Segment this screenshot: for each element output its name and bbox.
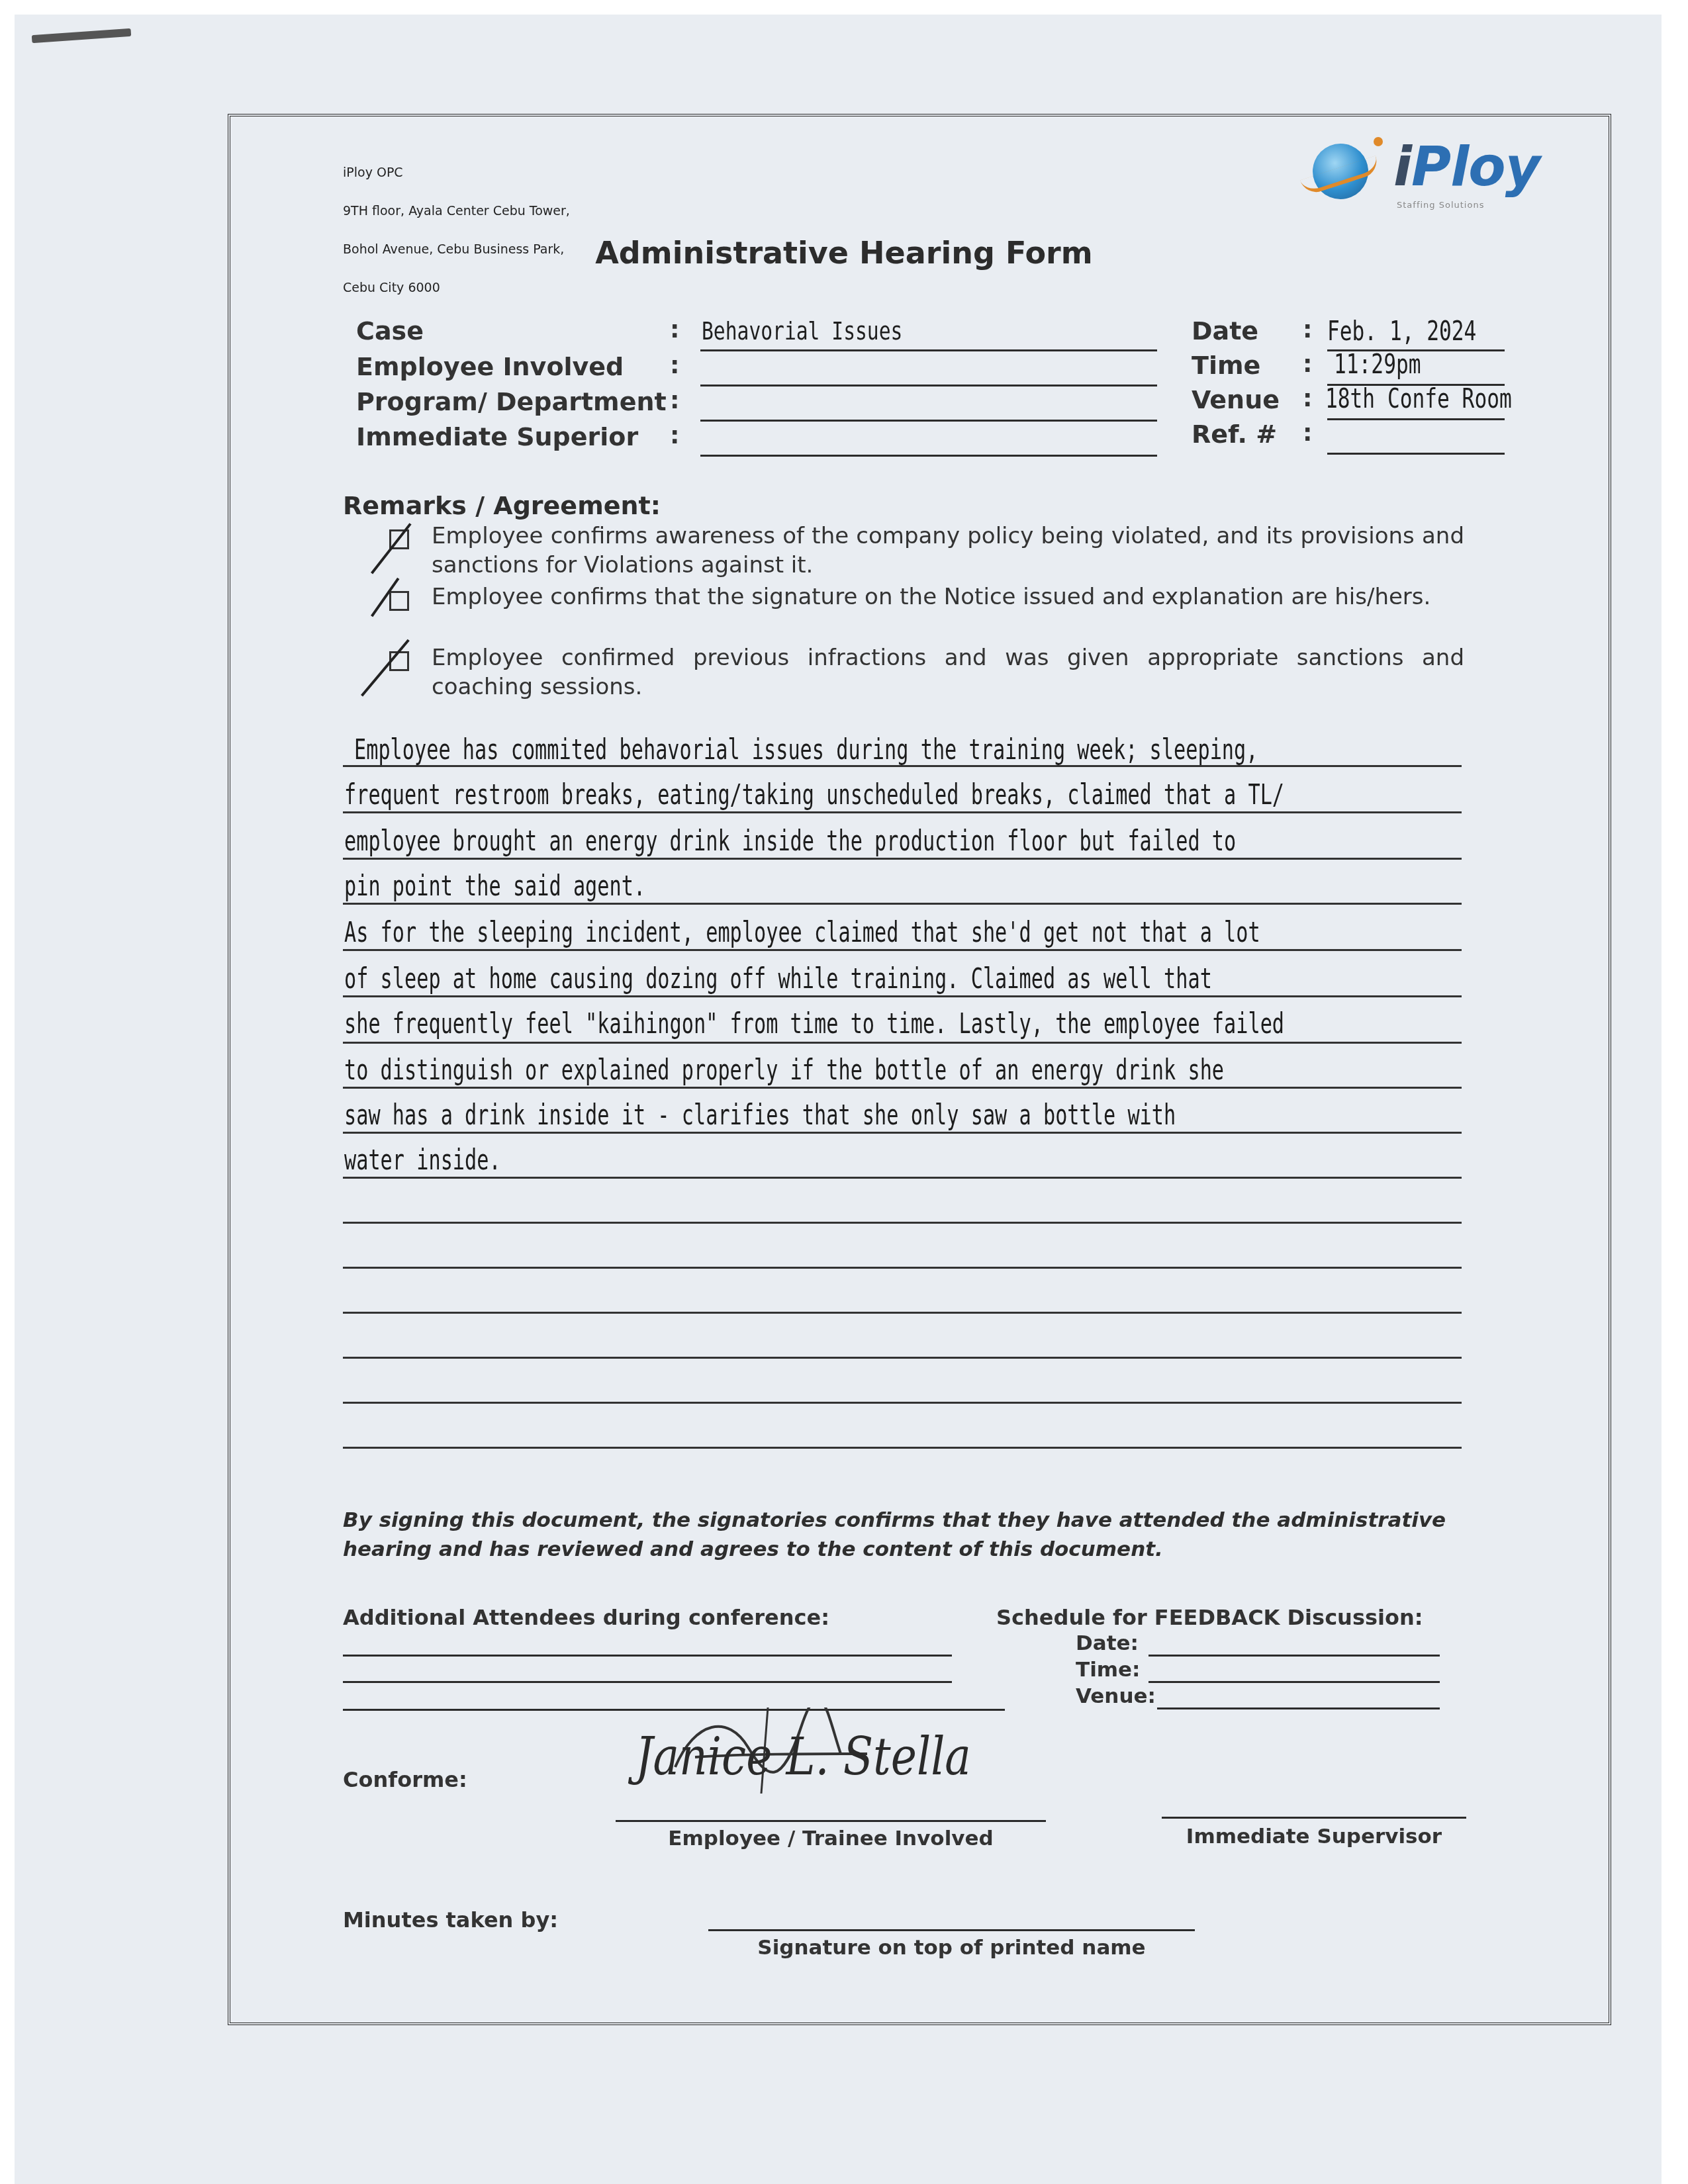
narrative-rule[interactable] (343, 1087, 1462, 1089)
narrative-rule[interactable] (343, 1402, 1462, 1404)
colon: : (670, 387, 679, 414)
narrative-rule[interactable] (343, 1042, 1462, 1044)
address-line: iPloy OPC (343, 163, 570, 183)
employee-involved-input-line[interactable] (700, 385, 1157, 387)
supervisor-signature-caption: Immediate Supervisor (1162, 1825, 1466, 1848)
feedback-time-label: Time: (1076, 1658, 1141, 1682)
agreement-checkbox-2[interactable] (389, 591, 409, 611)
colon: : (670, 316, 679, 343)
immediate-superior-input-line[interactable] (700, 455, 1157, 457)
narrative-line: pin point the said agent. (344, 870, 645, 902)
remarks-title: Remarks / Agreement: (343, 491, 661, 520)
colon: : (1303, 385, 1312, 412)
logo-tagline: Staffing Solutions (1397, 201, 1484, 210)
ref-label: Ref. # (1192, 420, 1277, 449)
narrative-rule[interactable] (343, 1177, 1462, 1179)
case-value[interactable]: Behavorial Issues (702, 316, 902, 345)
address-line: Cebu City 6000 (343, 279, 570, 298)
narrative-rule[interactable] (343, 765, 1462, 767)
feedback-venue-input[interactable] (1157, 1707, 1440, 1709)
company-address: iPloy OPC 9TH floor, Ayala Center Cebu T… (343, 144, 570, 317)
company-logo: iPloy Staffing Solutions (1294, 129, 1585, 215)
employee-involved-label: Employee Involved (356, 352, 624, 381)
date-label: Date (1192, 316, 1258, 345)
program-department-input-line[interactable] (700, 420, 1157, 422)
feedback-date-input[interactable] (1149, 1655, 1440, 1657)
colon: : (1303, 351, 1312, 378)
narrative-line: of sleep at home causing dozing off whil… (344, 962, 1212, 995)
narrative-rule[interactable] (343, 1132, 1462, 1134)
narrative-line: to distinguish or explained properly if … (344, 1054, 1224, 1086)
feedback-time-input[interactable] (1149, 1681, 1440, 1683)
feedback-date-label: Date: (1076, 1631, 1139, 1655)
date-value[interactable]: Feb. 1, 2024 (1327, 316, 1476, 347)
narrative-line: saw has a drink inside it - clarifies th… (344, 1099, 1176, 1131)
attendee-line-1[interactable] (343, 1655, 952, 1657)
program-department-label: Program/ Department (356, 387, 667, 416)
narrative-line: frequent restroom breaks, eating/taking … (344, 778, 1284, 811)
address-line: 9TH floor, Ayala Center Cebu Tower, (343, 202, 570, 221)
employee-signature-caption: Employee / Trainee Involved (616, 1827, 1046, 1850)
narrative-line: she frequently feel "kaihingon" from tim… (344, 1007, 1284, 1040)
narrative-rule[interactable] (343, 995, 1462, 997)
dot-icon (1374, 137, 1383, 146)
narrative-line: employee brought an energy drink inside … (344, 825, 1236, 857)
attendee-line-2[interactable] (343, 1681, 952, 1683)
narrative-line: water inside. (344, 1144, 501, 1176)
narrative-line: As for the sleeping incident, employee c… (344, 916, 1260, 948)
immediate-superior-label: Immediate Superior (356, 422, 638, 451)
narrative-line: Employee has commited behavorial issues … (354, 733, 1258, 766)
narrative-rule[interactable] (343, 1267, 1462, 1269)
colon: : (670, 352, 679, 379)
agreement-text-1: Employee confirms awareness of the compa… (432, 522, 1464, 580)
narrative-rule[interactable] (343, 949, 1462, 951)
minutes-signature-line[interactable] (708, 1929, 1195, 1931)
logo-wordmark: iPloy (1393, 136, 1540, 199)
time-label: Time (1192, 351, 1260, 380)
narrative-rule[interactable] (343, 1447, 1462, 1449)
case-input-line[interactable] (700, 349, 1157, 351)
colon: : (1303, 316, 1312, 343)
narrative-rule[interactable] (343, 903, 1462, 905)
minutes-taken-label: Minutes taken by: (343, 1907, 558, 1933)
narrative-rule[interactable] (343, 1357, 1462, 1359)
form-title: Administrative Hearing Form (0, 235, 1688, 271)
feedback-schedule-label: Schedule for FEEDBACK Discussion: (996, 1605, 1423, 1630)
agreement-text-2: Employee confirms that the signature on … (432, 582, 1464, 612)
employee-signature: Janice L. Stella (635, 1727, 971, 1787)
ref-input-line[interactable] (1327, 453, 1505, 455)
minutes-signature-caption: Signature on top of printed name (708, 1936, 1195, 1960)
attendees-label: Additional Attendees during conference: (343, 1605, 829, 1630)
narrative-rule[interactable] (343, 811, 1462, 813)
narrative-rule[interactable] (343, 1222, 1462, 1224)
supervisor-signature-line[interactable] (1162, 1817, 1466, 1819)
venue-value[interactable]: 18th Confe Room (1325, 384, 1512, 414)
narrative-rule[interactable] (343, 1312, 1462, 1314)
conforme-label: Conforme: (343, 1767, 467, 1792)
colon: : (1303, 420, 1312, 447)
venue-label: Venue (1192, 385, 1280, 414)
venue-input-line[interactable] (1327, 418, 1505, 420)
disclaimer-text: By signing this document, the signatorie… (343, 1506, 1468, 1564)
agreement-text-3: Employee confirmed previous infractions … (432, 643, 1464, 702)
feedback-venue-label: Venue: (1076, 1684, 1156, 1708)
case-label: Case (356, 316, 424, 345)
colon: : (670, 422, 679, 449)
narrative-rule[interactable] (343, 858, 1462, 860)
employee-signature-line[interactable] (616, 1820, 1046, 1822)
time-value[interactable]: 11:29pm (1334, 349, 1421, 380)
